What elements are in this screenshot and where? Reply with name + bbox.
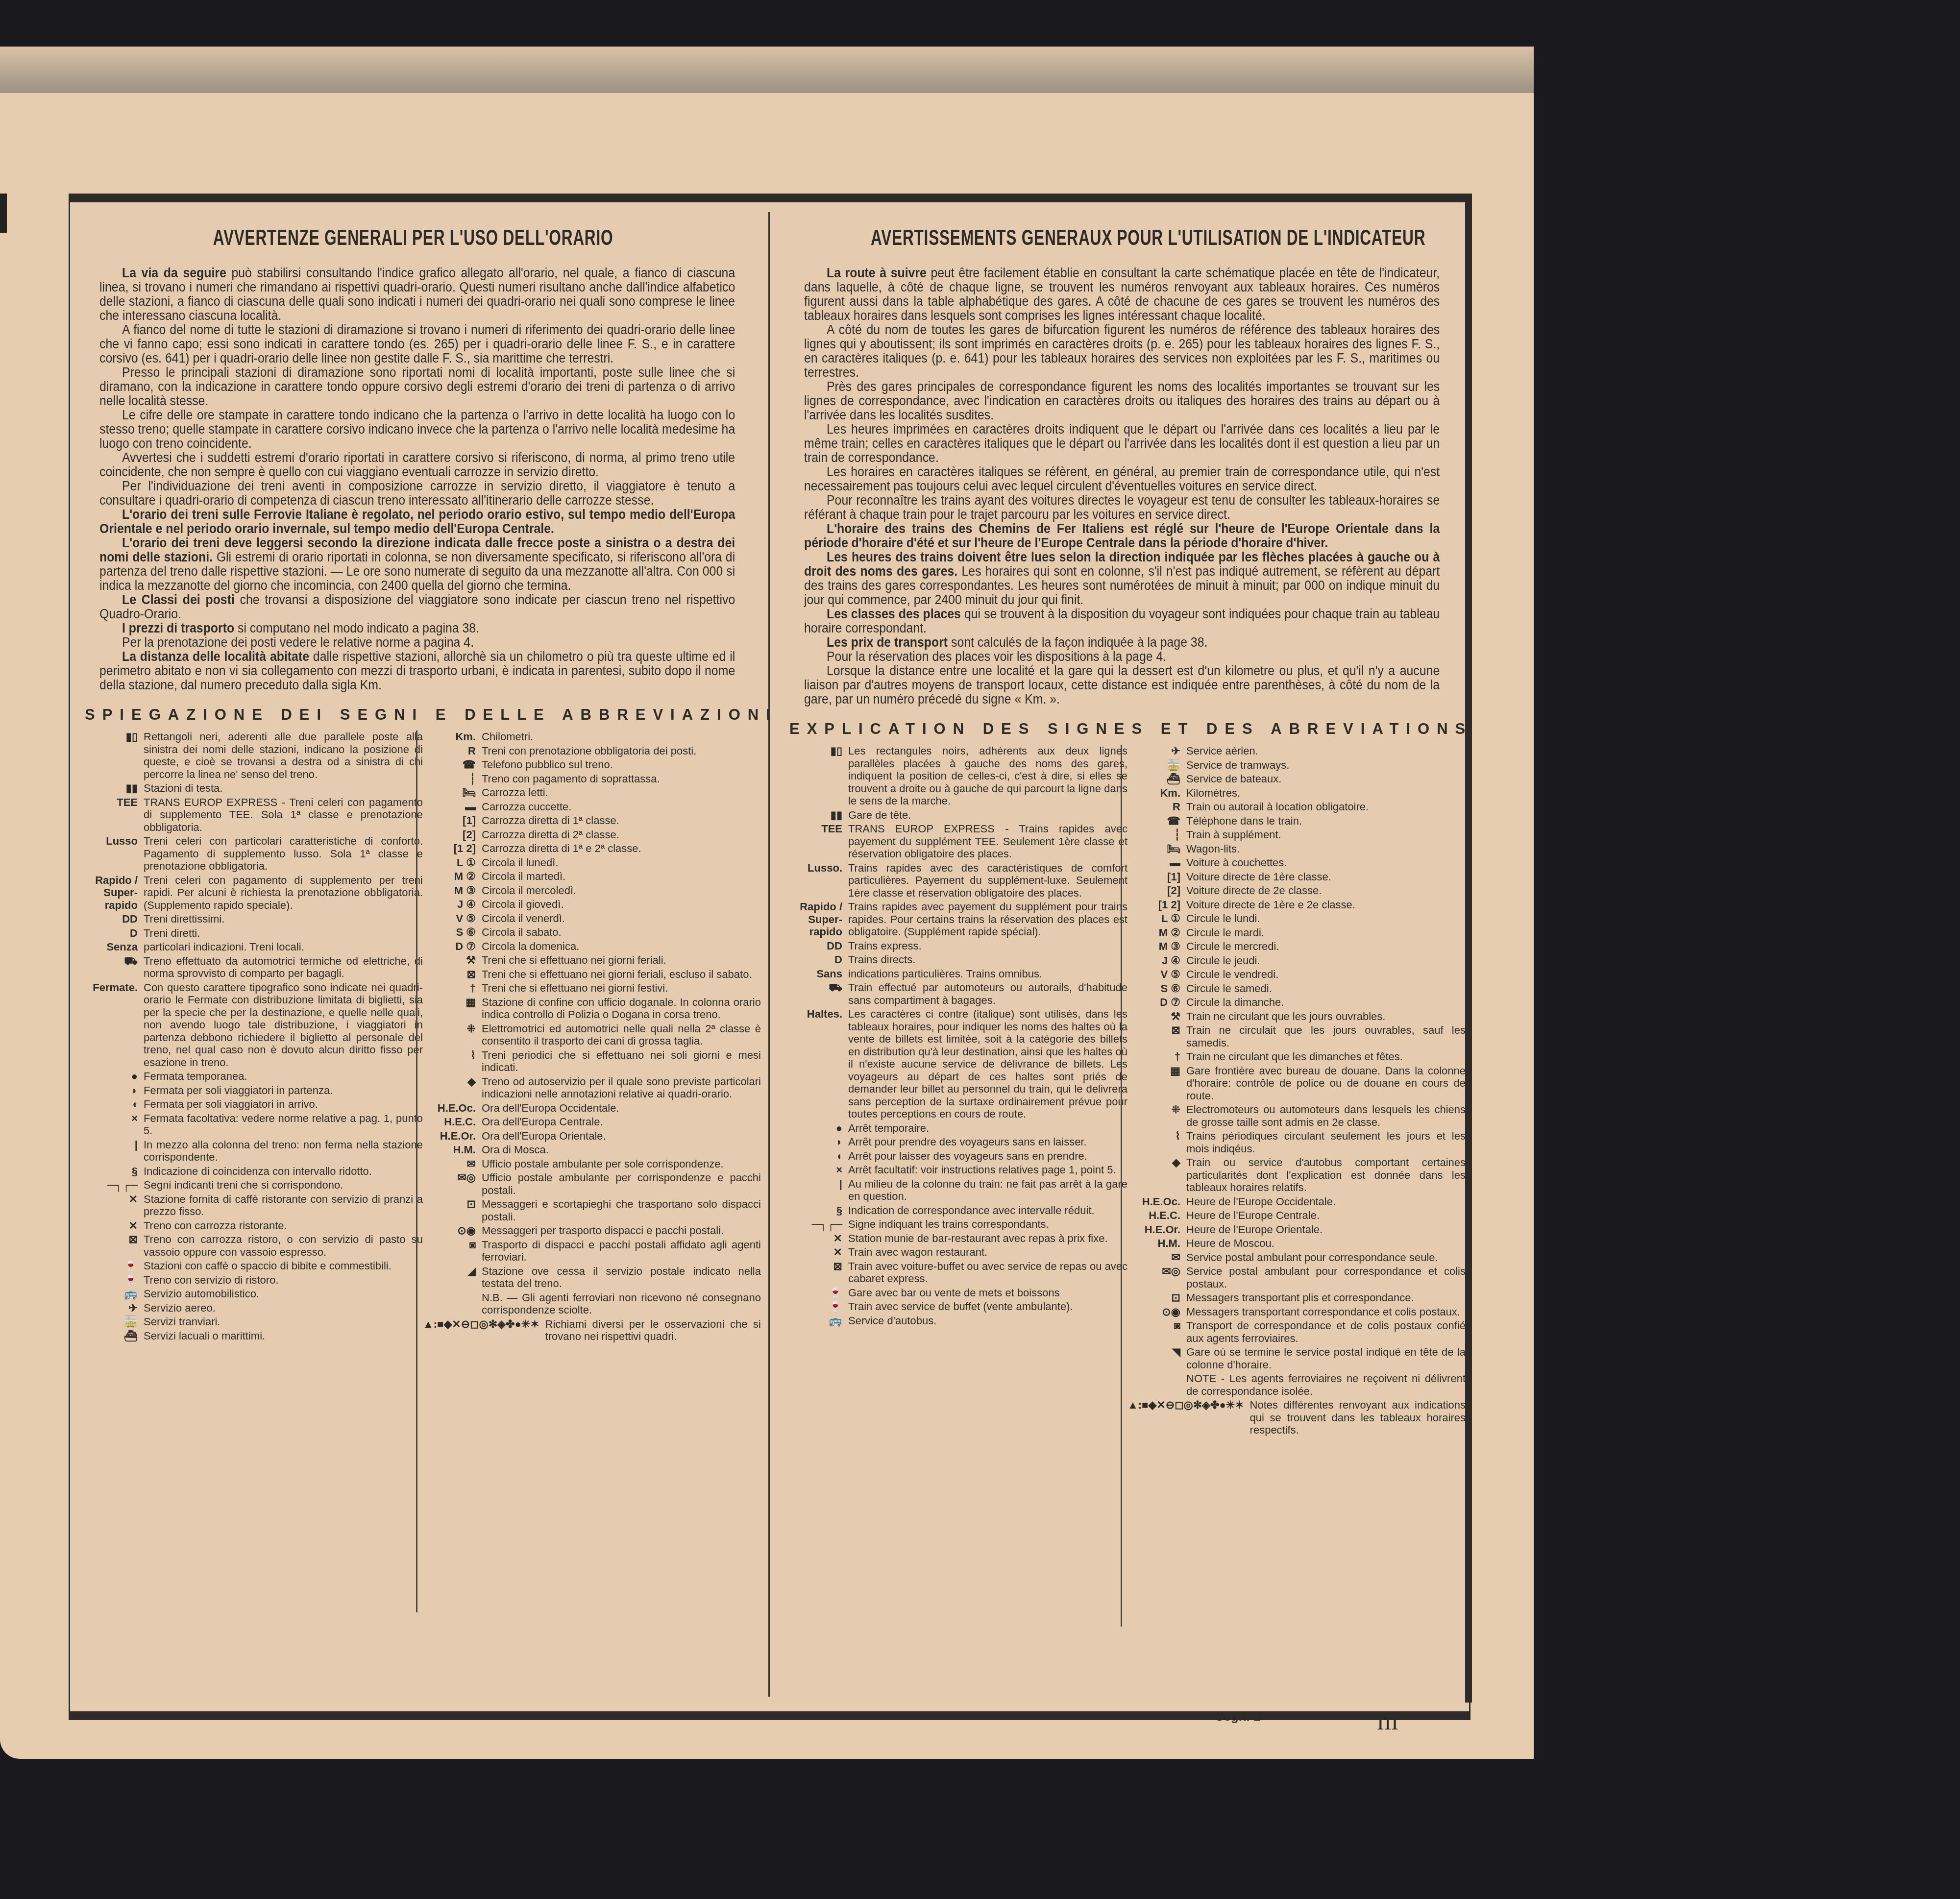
sign-description: NOTE - Les agents ferroviaires ne reçoiv…	[1186, 1372, 1466, 1397]
italian-column: AVVERTENZE GENERALI PER L'USO DELL'ORARI…	[70, 202, 756, 1627]
sign-symbol-icon: ✕	[789, 1232, 848, 1245]
sign-entry: Rapido / Super-rapidoTreni celeri con pa…	[85, 874, 423, 912]
sign-description: Train à supplément.	[1186, 828, 1466, 841]
sign-entry: ┆Train à supplément.	[1127, 828, 1466, 841]
sign-entry: LussoTreni celeri con particolari caratt…	[85, 835, 423, 873]
sign-entry: H.E.C.Ora dell'Europa Centrale.	[423, 1116, 761, 1128]
sign-description: Gare avec bar ou vente de mets et boisso…	[848, 1287, 1127, 1299]
sign-description: Fermata per soli viaggiatori in arrivo.	[144, 1098, 423, 1111]
sign-description: Circola il venerdì.	[482, 912, 761, 925]
sign-entry: ⊙◉Messagers transportant correspondance …	[1127, 1306, 1466, 1318]
sign-description: Service de bateaux.	[1186, 773, 1466, 785]
sign-symbol-icon: DD	[85, 913, 144, 925]
paragraph-text: Per la prenotazione dei posti vedere le …	[122, 635, 474, 650]
paragraph-text: Avvertesi che i suddetti estremi d'orari…	[99, 450, 735, 479]
sign-symbol-icon: ◙	[1127, 1319, 1186, 1344]
paragraph-lead: La distanza delle località abitate	[122, 649, 309, 664]
sign-symbol-icon: ◆	[1127, 1156, 1186, 1194]
sign-entry: [2]Voiture directe de 2e classe.	[1127, 884, 1466, 897]
signature-mark: Segn. 1	[1215, 1709, 1260, 1724]
sign-description: Treno con carrozza ristoro, o con serviz…	[144, 1233, 423, 1258]
sign-description: Circule le vendredi.	[1186, 968, 1466, 981]
sign-symbol-icon: TEE	[789, 823, 848, 860]
sign-entry: ▲:■◆✕⊖◻◎✻◈✤●✳✶Notes différentes renvoyan…	[1127, 1399, 1466, 1436]
sign-symbol-icon: ✉◎	[423, 1171, 482, 1196]
sign-entry: ⊠Train avec voiture-buffet ou avec servi…	[789, 1260, 1127, 1285]
sign-symbol-icon: ┆	[423, 773, 482, 785]
sign-description: Fermata per soli viaggiatori in partenza…	[144, 1084, 423, 1097]
sign-description: Fermata facoltativa: vedere norme relati…	[144, 1112, 423, 1137]
sign-entry: ✈Servizio aereo.	[85, 1302, 423, 1315]
sign-entry: Lusso.Trains rapides avec des caractéris…	[789, 862, 1127, 900]
sign-symbol-icon: †	[1127, 1050, 1186, 1063]
sign-description: Carrozza diretta di 2ª classe.	[482, 828, 761, 841]
sign-symbol-icon: Rapido / Super-rapido	[85, 874, 144, 912]
sign-symbol-icon: ⊠	[85, 1233, 144, 1258]
sign-symbol-icon: ⁜	[1127, 1103, 1186, 1128]
sign-description: In mezzo alla colonna del treno: non fer…	[144, 1139, 423, 1164]
paragraph-text: Les heures imprimées en caractères droit…	[804, 422, 1440, 465]
paragraph-text: Pour reconnaître les trains ayant des vo…	[804, 493, 1440, 522]
sign-entry: ▮▯Rettangoli neri, aderenti alle due par…	[85, 730, 423, 780]
paragraph: I prezzi di trasporto si computano nel m…	[99, 621, 735, 635]
sign-entry: H.M.Heure de Moscou.	[1127, 1237, 1466, 1250]
sign-symbol-icon: J ④	[423, 898, 482, 911]
sign-description: Trains rapides avec des caractéristiques…	[848, 862, 1127, 900]
sign-description: Voiture à couchettes.	[1186, 856, 1466, 869]
sign-symbol-icon: ⊙◉	[423, 1224, 482, 1237]
sign-symbol-icon: ✉	[1127, 1251, 1186, 1264]
sign-entry: DTreni diretti.	[85, 927, 423, 940]
sign-description: Arrêt pour prendre des voyageurs sans en…	[848, 1136, 1127, 1148]
sign-entry: J ④Circule le jeudi.	[1127, 954, 1466, 967]
sign-description: Ufficio postale ambulante per sole corri…	[482, 1158, 761, 1170]
thumb-index-tab	[0, 194, 7, 233]
sign-description: Kilomètres.	[1186, 787, 1466, 800]
sign-symbol-icon: ▲:■◆✕⊖◻◎✻◈✤●✳✶	[1127, 1399, 1250, 1436]
sign-symbol-icon: [1]	[1127, 871, 1186, 883]
sign-description: Treno con servizio di ristoro.	[144, 1274, 423, 1287]
french-signs-title: EXPLICATION DES SIGNES ET DES ABREVIATIO…	[789, 720, 1461, 738]
french-general-notes: La route à suivre peut être facilement é…	[804, 266, 1440, 706]
sign-description: Stazioni con caffè o spaccio di bibite e…	[144, 1260, 423, 1272]
sign-entry: ✕Treno con carrozza ristorante.	[85, 1219, 423, 1232]
sign-description: Treno con carrozza ristorante.	[144, 1219, 423, 1232]
sign-entry: †Train ne circulant que les dimanches et…	[1127, 1050, 1466, 1063]
paragraph-lead: I prezzi di trasporto	[122, 621, 234, 635]
sign-description: Treni periodici che si effettuano nei so…	[482, 1049, 761, 1074]
paragraph-text: Le cifre delle ore stampate in carattere…	[99, 408, 735, 451]
sign-symbol-icon: ⁜	[423, 1023, 482, 1047]
sign-description: Heure de l'Europe Orientale.	[1186, 1223, 1466, 1236]
sign-entry: ⌇Treni periodici che si effettuano nei s…	[423, 1049, 761, 1074]
sign-symbol-icon	[1127, 1372, 1186, 1397]
sign-entry: ▬Carrozza cuccette.	[423, 801, 761, 813]
sign-symbol-icon: |	[789, 1178, 848, 1203]
sign-description: Circule le samedi.	[1186, 982, 1466, 995]
sign-entry: ▦Gare frontière avec bureau de douane. D…	[1127, 1065, 1466, 1102]
sign-entry: 🛏Wagon-lits.	[1127, 843, 1466, 855]
sign-description: Trasporto di dispacci e pacchi postali a…	[482, 1239, 761, 1264]
sign-entry: M ③Circola il mercoledì.	[423, 884, 761, 897]
paragraph: L'orario dei treni deve leggersi secondo…	[99, 536, 735, 593]
sign-description: Carrozza diretta di 1ª classe.	[482, 814, 761, 827]
sign-entry: |Au milieu de la colonne du train: ne fa…	[789, 1178, 1127, 1203]
paragraph: Lorsque la distance entre une localité e…	[804, 664, 1440, 706]
sign-entry: ◖Arrêt pour laisser des voyageurs sans e…	[789, 1150, 1127, 1163]
sign-entry: ─┐┌─Segni indicanti treni che si corrisp…	[85, 1179, 423, 1192]
sign-symbol-icon: ◗	[85, 1084, 144, 1097]
sign-symbol-icon: [1 2]	[1127, 899, 1186, 911]
sign-entry: Senzaparticolari indicazioni. Treni loca…	[85, 941, 423, 953]
sign-description: Les rectangules noirs, adhérents aux deu…	[848, 745, 1127, 807]
sign-entry: S ⑥Circola il sabato.	[423, 926, 761, 939]
column-divider	[768, 212, 770, 1697]
sign-symbol-icon: J ④	[1127, 954, 1186, 967]
paragraph: Le cifre delle ore stampate in carattere…	[99, 408, 735, 451]
paragraph: Les classes des places qui se trouvent à…	[804, 607, 1440, 635]
paragraph-text: Lorsque la distance entre une localité e…	[804, 663, 1440, 706]
sign-symbol-icon: [1 2]	[423, 842, 482, 855]
sign-symbol-icon: ▮▮	[85, 782, 144, 795]
paragraph: Per la prenotazione dei posti vedere le …	[99, 635, 735, 650]
sign-description: Signe indiquant les trains correspondant…	[848, 1218, 1127, 1231]
sign-description: Messagers transportant plis et correspon…	[1186, 1291, 1466, 1304]
sign-entry: Km.Chilometri.	[423, 730, 761, 743]
sign-symbol-icon: 🚌	[85, 1288, 144, 1300]
sign-entry: ▮▮Stazioni di testa.	[85, 782, 423, 795]
sign-description: Circule la dimanche.	[1186, 996, 1466, 1009]
sign-symbol-icon: H.E.Oc.	[1127, 1195, 1186, 1208]
sign-description: Service d'autobus.	[848, 1315, 1127, 1327]
sign-symbol-icon: ◆	[423, 1075, 482, 1100]
sign-symbol-icon: [1]	[423, 814, 482, 827]
paragraph-text: A côté du nom de toutes les gares de bif…	[804, 322, 1440, 380]
sign-entry: ⊠Train ne circulait que les jours ouvrab…	[1127, 1024, 1466, 1049]
sign-entry: ◗Fermata per soli viaggiatori in partenz…	[85, 1084, 423, 1097]
sign-entry: 🛏Carrozza letti.	[423, 786, 761, 799]
sign-entry: ⊡Messaggeri e scortapieghi che trasporta…	[423, 1198, 761, 1223]
sign-description: Servizi tranviari.	[144, 1315, 423, 1328]
sign-entry: D ⑦Circule la dimanche.	[1127, 996, 1466, 1009]
sign-entry: ◙Transport de correspondance et de colis…	[1127, 1319, 1466, 1344]
sign-entry: 🍷Treno con servizio di ristoro.	[85, 1274, 423, 1287]
sign-symbol-icon: ⚒	[423, 954, 482, 967]
sign-description: Circola il mercoledì.	[482, 884, 761, 897]
italian-signs-col2: Km.Chilometri.RTreni con prenotazione ob…	[423, 730, 761, 1344]
sign-symbol-icon: L ①	[1127, 912, 1186, 925]
sign-symbol-icon: M ③	[423, 884, 482, 897]
sign-description: Circola il giovedì.	[482, 898, 761, 911]
sign-symbol-icon: 🍷	[85, 1260, 144, 1272]
sign-entry: DDTreni direttissimi.	[85, 913, 423, 925]
sign-symbol-icon: §	[789, 1204, 848, 1217]
sign-description: Servizi lacuali o marittimi.	[144, 1330, 423, 1342]
sign-description: Richiami diversi per le osservazioni che…	[545, 1318, 761, 1343]
sign-entry: L ①Circule le lundi.	[1127, 912, 1466, 925]
sign-symbol-icon: ⛴	[1127, 773, 1186, 785]
sign-description: Circule le mercredi.	[1186, 940, 1466, 953]
italian-title: AVVERTENZE GENERALI PER L'USO DELL'ORARI…	[166, 226, 660, 250]
sign-symbol-icon: ▦	[1127, 1065, 1186, 1102]
sign-description: Train effectué par automoteurs ou autora…	[848, 981, 1127, 1006]
sign-symbol-icon: ✈	[85, 1302, 144, 1315]
sign-symbol-icon: H.M.	[1127, 1237, 1186, 1250]
sign-description: Indicazione di coincidenza con intervall…	[144, 1165, 423, 1178]
sign-entry: N.B. — Gli agenti ferroviari non ricevon…	[423, 1291, 761, 1316]
sign-entry: [1]Voiture directe de 1ère classe.	[1127, 871, 1466, 883]
sign-symbol-icon: ⛴	[85, 1330, 144, 1342]
sign-entry: TEETRANS EUROP EXPRESS - Trains rapides …	[789, 823, 1127, 860]
sign-entry: DTrains directs.	[789, 953, 1127, 966]
sign-symbol-icon: H.E.C.	[1127, 1209, 1186, 1222]
paragraph-lead: L'horaire des trains des Chemins de Fer …	[804, 521, 1440, 550]
sign-entry: Fermate.Con questo carattere tipografico…	[85, 981, 423, 1069]
sign-symbol-icon: ◥	[1127, 1346, 1186, 1371]
sign-symbol-icon: 🍷	[789, 1287, 848, 1299]
sign-entry: J ④Circola il giovedì.	[423, 898, 761, 911]
sign-entry: ☎Téléphone dans le train.	[1127, 815, 1466, 828]
sign-entry: ⊠Treni che si effettuano nei giorni feri…	[423, 968, 761, 981]
sign-entry: 🍷Train avec service de buffet (vente amb…	[789, 1300, 1127, 1313]
sign-symbol-icon: L ①	[423, 856, 482, 869]
sign-entry: §Indication de correspondance avec inter…	[789, 1204, 1127, 1217]
paragraph: L'horaire des trains des Chemins de Fer …	[804, 522, 1440, 550]
sign-entry: ⛴Service de bateaux.	[1127, 773, 1466, 785]
paragraph: Pour reconnaître les trains ayant des vo…	[804, 493, 1440, 522]
sign-symbol-icon: D	[85, 927, 144, 940]
sign-symbol-icon: Km.	[1127, 787, 1186, 800]
sign-symbol-icon: ⚒	[1127, 1010, 1186, 1023]
sign-symbol-icon: S ⑥	[1127, 982, 1186, 995]
sign-symbol-icon: Senza	[85, 941, 144, 953]
sign-symbol-icon: ◙	[423, 1239, 482, 1264]
sign-symbol-icon: V ⑤	[1127, 968, 1186, 981]
sign-symbol-icon: H.E.Oc.	[423, 1102, 482, 1115]
sign-entry: Sansindications particulières. Trains om…	[789, 968, 1127, 980]
sign-entry: L ①Circola il lunedì.	[423, 856, 761, 869]
sign-symbol-icon: ▦	[423, 996, 482, 1021]
sign-description: Stazione ove cessa il servizio postale i…	[482, 1265, 761, 1290]
sign-description: TRANS EUROP EXPRESS - Trains rapides ave…	[848, 823, 1127, 860]
paragraph: Les heures des trains doivent être lues …	[804, 550, 1440, 607]
sign-description: Téléphone dans le train.	[1186, 815, 1466, 828]
sign-description: Arrêt pour laisser des voyageurs sans en…	[848, 1150, 1127, 1163]
sign-entry: ⊙◉Messaggeri per trasporto dispacci e pa…	[423, 1224, 761, 1237]
sign-description: Gare où se termine le service postal ind…	[1186, 1346, 1466, 1371]
sign-entry: ▮▮Gare de tête.	[789, 809, 1127, 822]
sign-description: Ora di Mosca.	[482, 1144, 761, 1156]
sign-symbol-icon: ⊡	[1127, 1291, 1186, 1304]
sign-description: Treno con pagamento di soprattassa.	[482, 773, 761, 785]
paragraph: A fianco del nome di tutte le stazioni d…	[99, 323, 735, 365]
sign-description: Trains rapides avec payement du suppléme…	[848, 901, 1127, 938]
sign-symbol-icon: Haltes.	[789, 1008, 848, 1120]
sign-description: Circola il sabato.	[482, 926, 761, 939]
sign-entry: DDTrains express.	[789, 940, 1127, 952]
sign-symbol-icon: ▲:■◆✕⊖◻◎✻◈✤●✳✶	[423, 1318, 545, 1343]
sign-symbol-icon: ◖	[789, 1150, 848, 1163]
sign-symbol-icon: ▬	[1127, 856, 1186, 869]
sign-description: Treni diretti.	[144, 927, 423, 940]
sign-description: Ora dell'Europa Orientale.	[482, 1130, 761, 1143]
sign-symbol-icon: ☎	[423, 758, 482, 771]
sign-symbol-icon: 🚋	[85, 1315, 144, 1328]
sign-symbol-icon: Fermate.	[85, 981, 144, 1069]
sign-entry: ⛟Train effectué par automoteurs ou autor…	[789, 981, 1127, 1006]
sign-symbol-icon: D	[789, 953, 848, 966]
sign-description: Heure de Moscou.	[1186, 1237, 1466, 1250]
sign-entry: ⊡Messagers transportant plis et correspo…	[1127, 1291, 1466, 1304]
sign-description: Station munie de bar-restaurant avec rep…	[848, 1232, 1127, 1245]
sign-symbol-icon: ▮▯	[85, 730, 144, 780]
sign-symbol-icon: |	[85, 1139, 144, 1164]
sign-entry: ✈Service aérien.	[1127, 745, 1466, 757]
sign-entry: [1]Carrozza diretta di 1ª classe.	[423, 814, 761, 827]
sign-entry: 🍷Gare avec bar ou vente de mets et boiss…	[789, 1287, 1127, 1299]
sign-description: Segni indicanti treni che si corrispondo…	[144, 1179, 423, 1192]
sign-symbol-icon: D ⑦	[423, 940, 482, 953]
sign-description: Trains directs.	[848, 953, 1127, 966]
sign-description: Carrozza diretta di 1ª e 2ª classe.	[482, 842, 761, 855]
sign-description: Chilometri.	[482, 730, 761, 743]
sign-entry: 🚌Servizio automobilistico.	[85, 1288, 423, 1300]
sign-symbol-icon: ▮▯	[789, 745, 848, 807]
sign-entry: V ⑤Circule le vendredi.	[1127, 968, 1466, 981]
sign-symbol-icon: ┆	[1127, 828, 1186, 841]
sign-description: Servizio automobilistico.	[144, 1288, 423, 1300]
sign-entry: ┆Treno con pagamento di soprattassa.	[423, 773, 761, 785]
sign-description: Train ou service d'autobus comportant ce…	[1186, 1156, 1466, 1194]
sign-entry: [1 2]Carrozza diretta di 1ª e 2ª classe.	[423, 842, 761, 855]
sign-description: Au milieu de la colonne du train: ne fai…	[848, 1178, 1127, 1203]
sign-symbol-icon: ⊠	[1127, 1024, 1186, 1049]
sign-description: Con questo carattere tipografico sono in…	[144, 981, 423, 1069]
sign-entry: †Treni che si effettuano nei giorni fest…	[423, 982, 761, 995]
sign-description: Arrêt temporaire.	[848, 1122, 1127, 1135]
paragraph: La route à suivre peut être facilement é…	[804, 266, 1440, 323]
sign-description: Train avec service de buffet (vente ambu…	[848, 1300, 1127, 1313]
sign-description: Gare frontière avec bureau de douane. Da…	[1186, 1065, 1466, 1102]
sign-description: Treni che si effettuano nei giorni festi…	[482, 982, 761, 995]
sign-entry: ✉◎Service postal ambulant pour correspon…	[1127, 1265, 1466, 1290]
sign-symbol-icon: ◗	[789, 1136, 848, 1148]
sign-description: Ora dell'Europa Occidentale.	[482, 1102, 761, 1115]
sign-symbol-icon: 🍷	[85, 1274, 144, 1287]
sign-description: Notes différentes renvoyant aux indicati…	[1250, 1399, 1466, 1436]
sign-symbol-icon: Lusso.	[789, 862, 848, 900]
sign-entry: RTrain ou autorail à location obligatoir…	[1127, 801, 1466, 813]
sign-description: Train ne circulant que les dimanches et …	[1186, 1050, 1466, 1063]
sign-description: Train avec voiture-buffet ou avec servic…	[848, 1260, 1127, 1285]
sign-entry: Haltes.Les caractères ci contre (italiqu…	[789, 1008, 1127, 1120]
sign-description: N.B. — Gli agenti ferroviari non ricevon…	[482, 1291, 761, 1316]
sign-description: Service postal ambulant pour corresponda…	[1186, 1265, 1466, 1290]
sign-entry: ⛴Servizi lacuali o marittimi.	[85, 1330, 423, 1342]
sign-entry: H.E.Or.Heure de l'Europe Orientale.	[1127, 1223, 1466, 1236]
sign-symbol-icon: ●	[789, 1122, 848, 1135]
sign-symbol-icon: ●	[85, 1070, 144, 1083]
sign-entry: ⛟Treno effettuato da automotrici termich…	[85, 955, 423, 980]
sign-description: Stazione fornita di caffè ristorante con…	[144, 1193, 423, 1218]
sign-symbol-icon: ×	[85, 1112, 144, 1137]
sign-entry: 🚌Service d'autobus.	[789, 1315, 1127, 1327]
sign-description: Ufficio postale ambulante per corrispond…	[482, 1171, 761, 1196]
sign-description: Treni celeri con particolari caratterist…	[144, 835, 423, 873]
sign-description: Voiture directe de 1ère classe.	[1186, 871, 1466, 883]
paragraph: Les prix de transport sont calculés de l…	[804, 635, 1440, 650]
sign-symbol-icon: H.E.C.	[423, 1116, 482, 1128]
page-frame: AVVERTENZE GENERALI PER L'USO DELL'ORARI…	[69, 194, 1470, 1720]
paragraph-lead: L'orario dei treni sulle Ferrovie Italia…	[99, 507, 735, 536]
paragraph: Avvertesi che i suddetti estremi d'orari…	[99, 451, 735, 479]
paragraph-lead: Le Classi dei posti	[122, 592, 235, 607]
sign-entry: [2]Carrozza diretta di 2ª classe.	[423, 828, 761, 841]
sign-symbol-icon: ✈	[1127, 745, 1186, 757]
sign-description: Circola il lunedì.	[482, 856, 761, 869]
sign-symbol-icon: DD	[789, 940, 848, 952]
sign-description: Transport de correspondance et de colis …	[1186, 1319, 1466, 1344]
sign-description: Circule le jeudi.	[1186, 954, 1466, 967]
sign-description: particolari indicazioni. Treni locali.	[144, 941, 423, 953]
sign-entry: ✉Ufficio postale ambulante per sole corr…	[423, 1158, 761, 1170]
sign-description: Heure de l'Europe Occidentale.	[1186, 1195, 1466, 1208]
sign-description: Fermata temporanea.	[144, 1070, 423, 1083]
sign-entry: ●Fermata temporanea.	[85, 1070, 423, 1083]
sign-entry: S ⑥Circule le samedi.	[1127, 982, 1466, 995]
paragraph: La via da seguire può stabilirsi consult…	[99, 266, 735, 323]
sign-symbol-icon: 🚌	[789, 1315, 848, 1327]
sign-description: Indication de correspondance avec interv…	[848, 1204, 1127, 1217]
sign-entry: ◢Stazione ove cessa il servizio postale …	[423, 1265, 761, 1290]
sign-description: Train ou autorail à location obligatoire…	[1186, 801, 1466, 813]
sign-entry: ─┐┌─Signe indiquant les trains correspon…	[789, 1218, 1127, 1231]
paragraph: A côté du nom de toutes les gares de bif…	[804, 323, 1440, 380]
sign-description: Stazione di confine con ufficio doganale…	[482, 996, 761, 1021]
italian-signs-title: SPIEGAZIONE DEI SEGNI E DELLE ABBREVIAZI…	[85, 706, 756, 724]
sign-entry: ▬Voiture à couchettes.	[1127, 856, 1466, 869]
sign-symbol-icon: 🛏	[423, 786, 482, 799]
italian-general-notes: La via da seguire può stabilirsi consult…	[99, 266, 735, 692]
sign-entry: TEETRANS EUROP EXPRESS - Treni celeri co…	[85, 796, 423, 834]
sign-description: Service aérien.	[1186, 745, 1466, 757]
sign-symbol-icon: ⌇	[423, 1049, 482, 1074]
sign-description: Carrozza letti.	[482, 786, 761, 799]
paragraph-lead: Les classes des places	[827, 607, 961, 621]
sign-entry: ×Arrêt facultatif: voir instructions rel…	[789, 1164, 1127, 1176]
paragraph: La distanza delle località abitate dalle…	[99, 650, 735, 692]
sign-symbol-icon: ✕	[789, 1246, 848, 1259]
sign-description: Circule le mardi.	[1186, 926, 1466, 939]
sign-description: Elettromotrici ed automotrici nelle qual…	[482, 1023, 761, 1047]
sign-symbol-icon: ✉	[423, 1158, 482, 1170]
sign-description: Trains périodiques circulant seulement l…	[1186, 1130, 1466, 1155]
sign-description: indications particulières. Trains omnibu…	[848, 968, 1127, 980]
sign-entry: ▲:■◆✕⊖◻◎✻◈✤●✳✶Richiami diversi per le os…	[423, 1318, 761, 1343]
sign-entry: |In mezzo alla colonna del treno: non fe…	[85, 1139, 423, 1164]
sign-entry: ✕Stazione fornita di caffè ristorante co…	[85, 1193, 423, 1218]
sign-entry: Km.Kilomètres.	[1127, 787, 1466, 800]
sign-description: TRANS EUROP EXPRESS - Treni celeri con p…	[144, 796, 423, 834]
sign-entry: ✕Train avec wagon restaurant.	[789, 1246, 1127, 1259]
sign-entry: ◆Train ou service d'autobus comportant c…	[1127, 1156, 1466, 1194]
sign-entry: H.M.Ora di Mosca.	[423, 1144, 761, 1156]
sign-symbol-icon: ◢	[423, 1265, 482, 1290]
sign-description: Voiture directe de 1ère e 2e classe.	[1186, 899, 1466, 911]
sign-entry: M ②Circola il martedì.	[423, 870, 761, 883]
sign-symbol-icon: †	[423, 982, 482, 995]
paragraph: Le Classi dei posti che trovansi a dispo…	[99, 593, 735, 621]
